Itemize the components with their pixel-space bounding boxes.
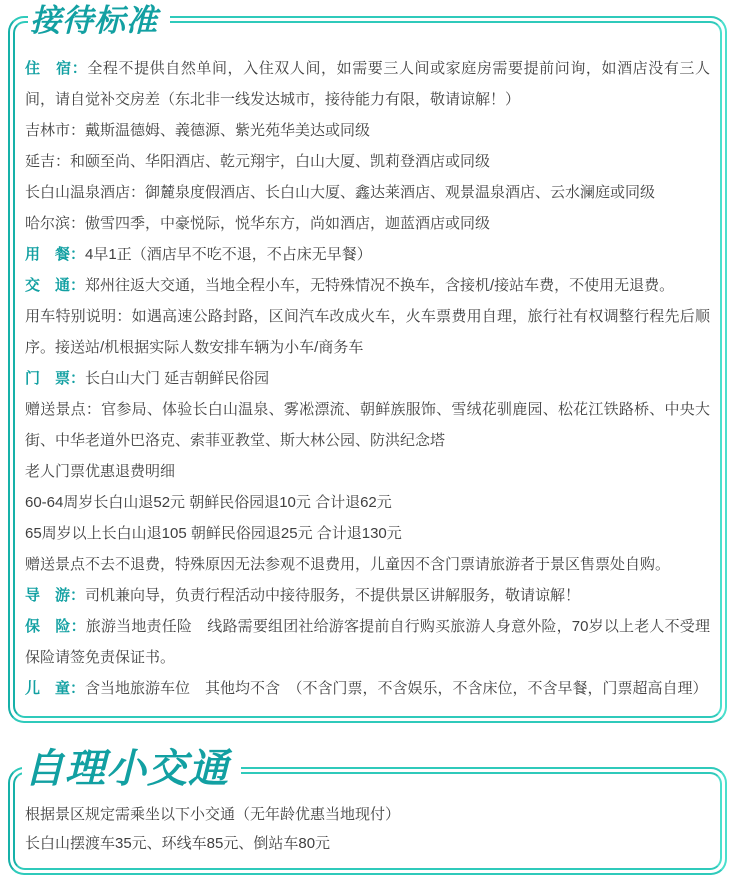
para-guide: 导 游：司机兼向导，负责行程活动中接待服务，不提供景区讲解服务，敬请谅解！	[25, 580, 710, 611]
item-label: 门 票：	[25, 370, 85, 387]
para-accommodation: 住 宿：全程不提供自然单间，入住双人间，如需要三人间或家庭房需要提前问询，如酒店…	[25, 53, 710, 115]
item-text: 赠送景点不去不退费，特殊原因无法参观不退费用，儿童因不含门票请旅游者于景区售票处…	[25, 556, 670, 573]
para-hotels-changbaishan: 长白山温泉酒店：御麓泉度假酒店、长白山大厦、鑫达莱酒店、观景温泉酒店、云水澜庭或…	[25, 177, 710, 208]
item-text: 延吉：和颐至尚、华阳酒店、乾元翔宇，白山大厦、凯莉登酒店或同级	[25, 153, 490, 170]
para-children: 儿 童：含当地旅游车位 其他均不含 （不含门票，不含娱乐，不含床位，不含早餐，门…	[25, 673, 710, 704]
item-text: 吉林市：戴斯温德姆、義德源、紫光苑华美达或同级	[25, 122, 370, 139]
para-senior-refund-title: 老人门票优惠退费明细	[25, 456, 710, 487]
item-label: 交 通：	[25, 277, 85, 294]
para-senior-refund-65plus: 65周岁以上长白山退105 朝鲜民俗园退25元 合计退130元	[25, 518, 710, 549]
item-label: 导 游：	[25, 587, 85, 604]
para-meals: 用 餐：4早1正（酒店早不吃不退，不占床无早餐）	[25, 239, 710, 270]
para-hotels-harbin: 哈尔滨：傲雪四季，中豪悦际，悦华东方，尚如酒店，迦蓝酒店或同级	[25, 208, 710, 239]
section-title-reception-standards: 接待标准	[28, 5, 170, 38]
item-label: 保 险：	[25, 618, 86, 635]
item-text: 长白山摆渡车35元、环线车85元、倒站车80元	[25, 835, 330, 852]
page: 住 宿：全程不提供自然单间，入住双人间，如需要三人间或家庭房需要提前问询，如酒店…	[0, 0, 735, 889]
item-text: 60-64周岁长白山退52元 朝鲜民俗园退10元 合计退62元	[25, 494, 392, 511]
para-refund-note: 赠送景点不去不退费，特殊原因无法参观不退费用，儿童因不含门票请旅游者于景区售票处…	[25, 549, 710, 580]
para-hotels-jilin: 吉林市：戴斯温德姆、義德源、紫光苑华美达或同级	[25, 115, 710, 146]
self-paid-transport-panel: 根据景区规定需乘坐以下小交通（无年龄优惠当地现付） 长白山摆渡车35元、环线车8…	[8, 767, 727, 875]
item-text: 65周岁以上长白山退105 朝鲜民俗园退25元 合计退130元	[25, 525, 402, 542]
para-transport-rule: 根据景区规定需乘坐以下小交通（无年龄优惠当地现付）	[25, 800, 710, 829]
item-text: 含当地旅游车位 其他均不含 （不含门票，不含娱乐，不含床位，不含早餐，门票超高自…	[85, 680, 708, 697]
item-text: 长白山大门 延吉朝鲜民俗园	[85, 370, 269, 387]
item-text: 根据景区规定需乘坐以下小交通（无年龄优惠当地现付）	[25, 806, 400, 823]
item-text: 郑州往返大交通，当地全程小车，无特殊情况不换车，含接机/接站车费，不使用无退费。	[85, 277, 674, 294]
item-text: 司机兼向导，负责行程活动中接待服务，不提供景区讲解服务，敬请谅解！	[85, 587, 580, 604]
item-text: 老人门票优惠退费明细	[25, 463, 175, 480]
para-tickets: 门 票：长白山大门 延吉朝鲜民俗园	[25, 363, 710, 394]
reception-panel-body: 住 宿：全程不提供自然单间，入住双人间，如需要三人间或家庭房需要提前问询，如酒店…	[13, 21, 722, 718]
item-text: 赠送景点：官参局、体验长白山温泉、雾凇漂流、朝鲜族服饰、雪绒花驯鹿园、松花江铁路…	[25, 401, 710, 449]
para-transport: 交 通：郑州往返大交通，当地全程小车，无特殊情况不换车，含接机/接站车费，不使用…	[25, 270, 710, 301]
para-insurance: 保 险：旅游当地责任险 线路需要组团社给游客提前自行购买旅游人身意外险，70岁以…	[25, 611, 710, 673]
item-label: 用 餐：	[25, 246, 85, 263]
para-transport-note: 用车特别说明：如遇高速公路封路，区间汽车改成火车，火车票费用自理，旅行社有权调整…	[25, 301, 710, 363]
item-label: 儿 童：	[25, 680, 85, 697]
para-hotels-yanji: 延吉：和颐至尚、华阳酒店、乾元翔宇，白山大厦、凯莉登酒店或同级	[25, 146, 710, 177]
item-text: 哈尔滨：傲雪四季，中豪悦际，悦华东方，尚如酒店，迦蓝酒店或同级	[25, 215, 490, 232]
item-text: 旅游当地责任险 线路需要组团社给游客提前自行购买旅游人身意外险，70岁以上老人不…	[25, 618, 710, 666]
item-text: 全程不提供自然单间，入住双人间，如需要三人间或家庭房需要提前问询，如酒店没有三人…	[25, 60, 710, 108]
section-self-paid-transport: 根据景区规定需乘坐以下小交通（无年龄优惠当地现付） 长白山摆渡车35元、环线车8…	[8, 767, 727, 875]
section-reception-standards: 住 宿：全程不提供自然单间，入住双人间，如需要三人间或家庭房需要提前问询，如酒店…	[8, 16, 727, 723]
para-senior-refund-60-64: 60-64周岁长白山退52元 朝鲜民俗园退10元 合计退62元	[25, 487, 710, 518]
item-text: 长白山温泉酒店：御麓泉度假酒店、长白山大厦、鑫达莱酒店、观景温泉酒店、云水澜庭或…	[25, 184, 655, 201]
item-text: 用车特别说明：如遇高速公路封路，区间汽车改成火车，火车票费用自理，旅行社有权调整…	[25, 308, 710, 356]
item-label: 住 宿：	[25, 60, 87, 77]
para-free-attractions: 赠送景点：官参局、体验长白山温泉、雾凇漂流、朝鲜族服饰、雪绒花驯鹿园、松花江铁路…	[25, 394, 710, 456]
reception-panel: 住 宿：全程不提供自然单间，入住双人间，如需要三人间或家庭房需要提前问询，如酒店…	[8, 16, 727, 723]
section-title-self-paid-transport: 自理小交通	[22, 748, 241, 790]
para-transport-prices: 长白山摆渡车35元、环线车85元、倒站车80元	[25, 829, 710, 858]
item-text: 4早1正（酒店早不吃不退，不占床无早餐）	[85, 246, 372, 263]
